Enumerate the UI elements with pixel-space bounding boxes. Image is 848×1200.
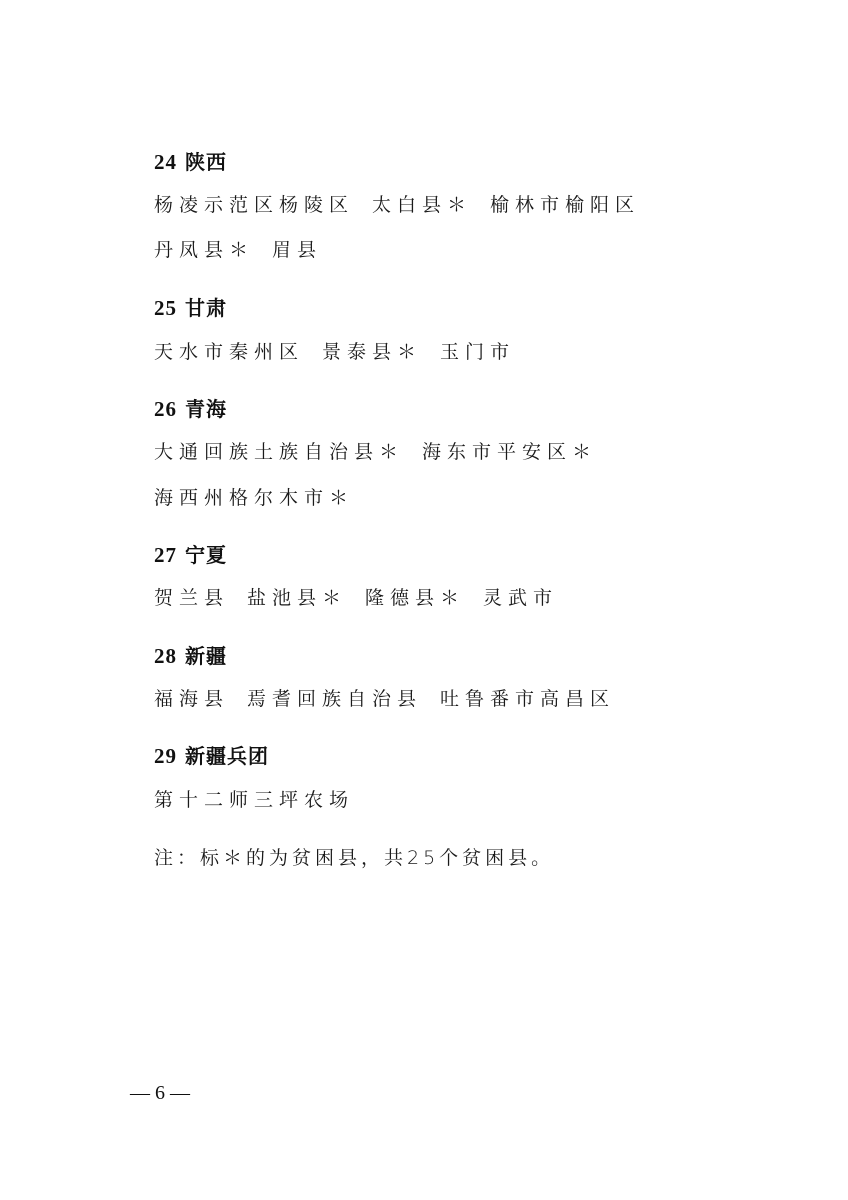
county-line: 福海县焉耆回族自治县吐鲁番市高昌区	[154, 684, 633, 711]
county-item: 杨凌示范区杨陵区	[154, 194, 354, 216]
document-page: 24陕西 杨凌示范区杨陵区太白县＊榆林市榆阳区 丹凤县＊眉县 25甘肃 天水市秦…	[0, 0, 848, 1200]
section-heading-25: 25甘肃	[154, 292, 227, 321]
section-heading-28: 28新疆	[154, 640, 227, 669]
section-heading-29: 29新疆兵团	[154, 740, 269, 769]
county-item: 贺兰县	[154, 587, 229, 609]
county-item: 眉县	[272, 239, 322, 261]
county-item: 榆林市榆阳区	[490, 194, 640, 216]
county-item: 太白县＊	[372, 194, 472, 216]
county-item: 丹凤县＊	[154, 239, 254, 261]
county-item: 福海县	[154, 688, 229, 710]
county-item: 隆德县＊	[365, 587, 465, 609]
county-item: 海西州格尔木市＊	[154, 487, 354, 509]
county-line: 海西州格尔木市＊	[154, 483, 372, 510]
county-item: 灵武市	[483, 587, 558, 609]
section-heading-24: 24陕西	[154, 146, 227, 175]
county-item: 焉耆回族自治县	[247, 688, 422, 710]
county-line: 第十二师三坪农场	[154, 785, 372, 812]
county-line: 杨凌示范区杨陵区太白县＊榆林市榆阳区	[154, 190, 658, 217]
county-item: 景泰县＊	[322, 341, 422, 363]
county-item: 海东市平安区＊	[422, 441, 597, 463]
county-line: 贺兰县盐池县＊隆德县＊灵武市	[154, 583, 576, 610]
county-item: 玉门市	[440, 341, 515, 363]
page-number: — 6 —	[130, 1082, 190, 1105]
footnote: 注：标＊的为贫困县，共25个贫困县。	[154, 843, 554, 870]
county-line: 丹凤县＊眉县	[154, 235, 340, 262]
county-line: 天水市秦州区景泰县＊玉门市	[154, 337, 533, 364]
county-item: 吐鲁番市高昌区	[440, 688, 615, 710]
county-item: 大通回族土族自治县＊	[154, 441, 404, 463]
county-line: 大通回族土族自治县＊海东市平安区＊	[154, 437, 615, 464]
county-item: 第十二师三坪农场	[154, 789, 354, 811]
section-heading-27: 27宁夏	[154, 539, 227, 568]
county-item: 盐池县＊	[247, 587, 347, 609]
county-item: 天水市秦州区	[154, 341, 304, 363]
section-heading-26: 26青海	[154, 393, 227, 422]
